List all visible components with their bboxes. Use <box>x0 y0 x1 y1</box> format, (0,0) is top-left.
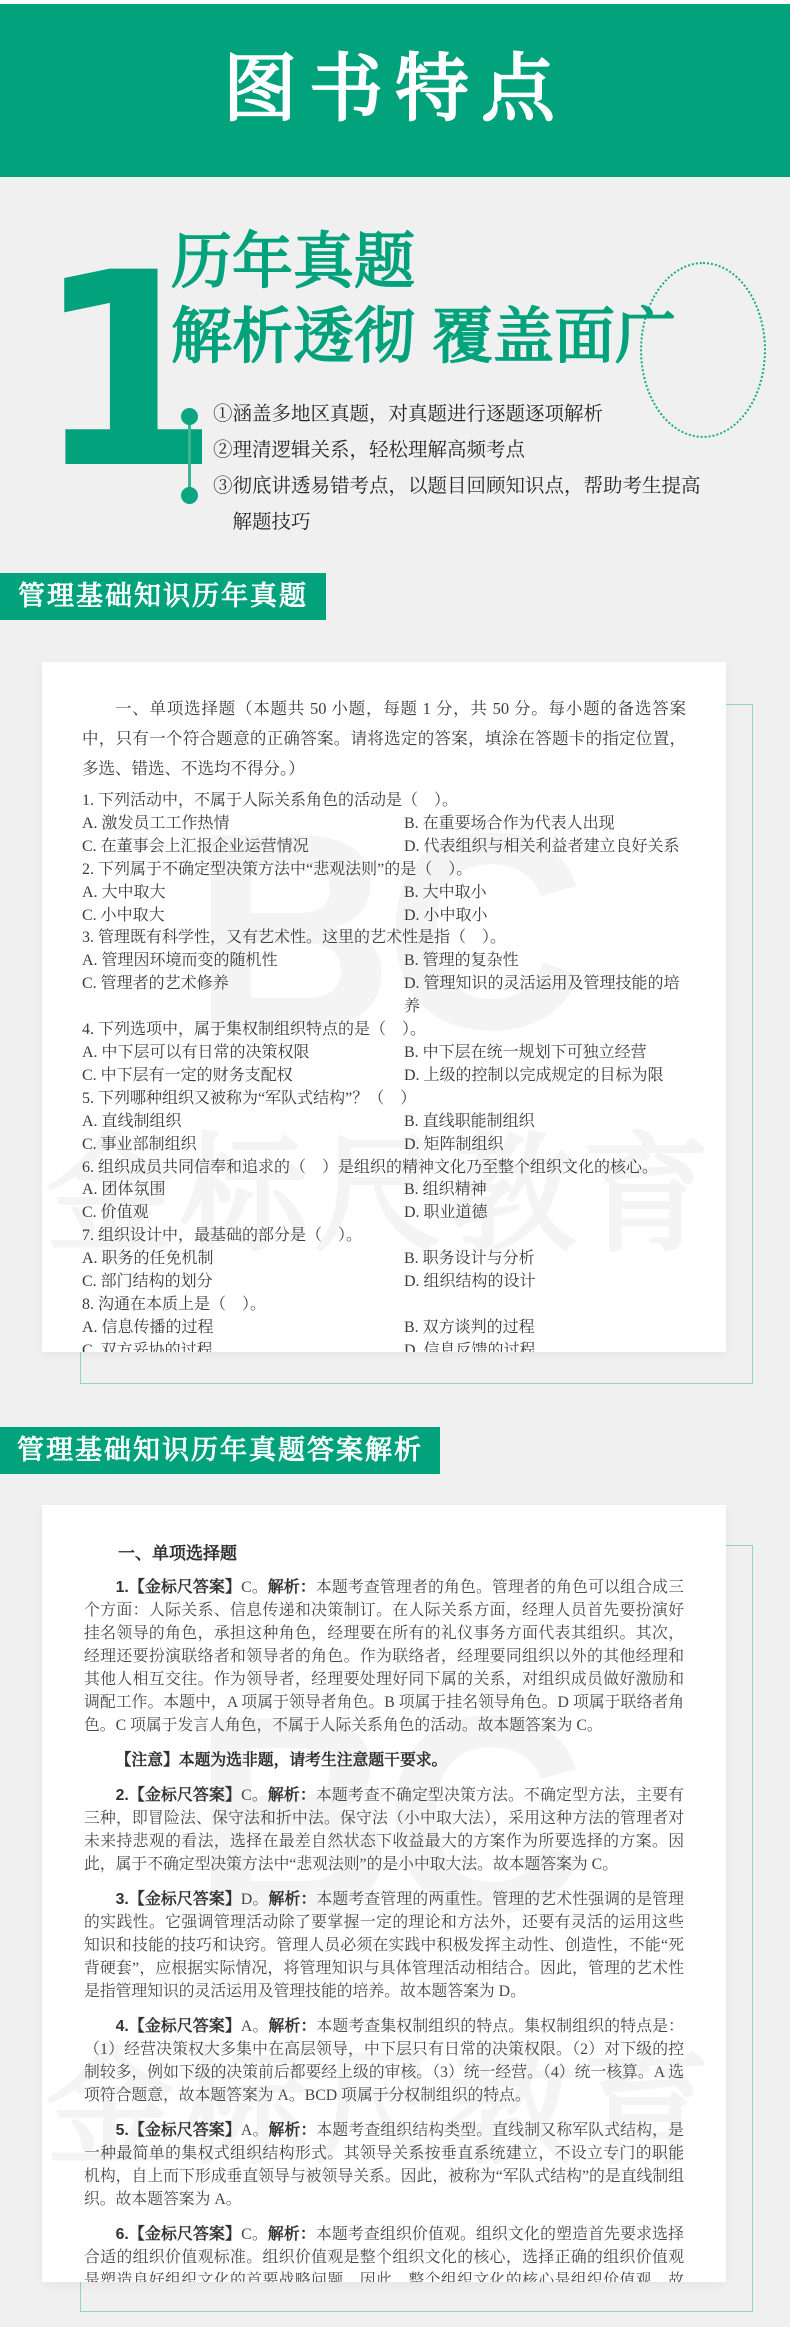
option-text: C. 事业部制组织 <box>82 1134 404 1157</box>
option-row: C. 价值观D. 职业道德 <box>82 1202 686 1225</box>
answer-list: 1.【金标尺答案】C。解析：本题考查管理者的角色。管理者的角色可以组合成三个方面… <box>84 1576 684 2282</box>
option-text: B. 在重要场合作为代表人出现 <box>404 813 686 836</box>
jiexi-label: 解析： <box>268 1579 316 1596</box>
option-text: C. 中下层有一定的财务支配权 <box>82 1065 404 1088</box>
answer-section-heading: 一、单项选择题 <box>84 1539 684 1564</box>
option-text: C. 在董事会上汇报企业运营情况 <box>82 836 404 859</box>
feature-headline-line1: 历年真题 <box>171 224 676 299</box>
option-text: B. 大中取小 <box>404 882 686 905</box>
option-text: A. 团体氛围 <box>82 1179 404 1202</box>
answer-paper-content: 一、单项选择题 1.【金标尺答案】C。解析：本题考查管理者的角色。管理者的角色可… <box>42 1505 726 2282</box>
option-row: C. 中下层有一定的财务支配权D. 上级的控制以完成规定的目标为限 <box>82 1065 686 1088</box>
option-text: C. 部门结构的划分 <box>82 1271 404 1294</box>
option-text: D. 组织结构的设计 <box>404 1271 686 1294</box>
promo-page: 图书特点 1 历年真题 解析透彻 覆盖面广 ①涵盖多地区真题，对真题进行逐题逐项… <box>0 0 790 2327</box>
answer-paragraph: 6.【金标尺答案】C。解析：本题考查组织价值观。组织文化的塑造首先要求选择合适的… <box>84 2223 684 2282</box>
option-text: A. 职务的任免机制 <box>82 1248 404 1271</box>
question-text: 3. 管理既有科学性，又有艺术性。这里的艺术性是指（ ）。 <box>82 927 686 950</box>
answer-paragraph: 4.【金标尺答案】A。解析：本题考查集权制组织的特点。集权制组织的特点是：（1）… <box>84 2015 684 2107</box>
jiexi-label: 解析： <box>268 2122 316 2139</box>
option-text: A. 大中取大 <box>82 882 404 905</box>
option-text: A. 管理因环境而变的随机性 <box>82 950 404 973</box>
answer-label: 4.【金标尺答案】 <box>116 2018 241 2035</box>
feature-bullet: ①涵盖多地区真题，对真题进行逐题逐项解析 <box>213 396 705 432</box>
jiexi-label: 解析： <box>268 1787 316 1804</box>
feature-headline-line2: 解析透彻 覆盖面广 <box>171 299 676 374</box>
option-text: B. 中下层在统一规划下可独立经营 <box>404 1042 686 1065</box>
option-row: C. 双方妥协的过程D. 信息反馈的过程 <box>82 1340 686 1352</box>
option-row: A. 中下层可以有日常的决策权限B. 中下层在统一规划下可独立经营 <box>82 1042 686 1065</box>
question-text: 4. 下列选项中，属于集权制组织特点的是（ ）。 <box>82 1019 686 1042</box>
option-text: B. 职务设计与分析 <box>404 1248 686 1271</box>
question-text: 6. 组织成员共同信奉和追求的（ ）是组织的精神文化乃至整个组织文化的核心。 <box>82 1157 686 1180</box>
question-text: 5. 下列哪种组织又被称为“军队式结构”？（ ） <box>82 1088 686 1111</box>
option-text: B. 管理的复杂性 <box>404 950 686 973</box>
option-row: C. 在董事会上汇报企业运营情况D. 代表组织与相关利益者建立良好关系 <box>82 836 686 859</box>
answer-label: 1.【金标尺答案】 <box>116 1579 241 1596</box>
option-row: C. 部门结构的划分D. 组织结构的设计 <box>82 1271 686 1294</box>
question-text: 2. 下列属于不确定型决策方法中“悲观法则”的是（ ）。 <box>82 859 686 882</box>
jiexi-label: 解析： <box>268 2018 316 2035</box>
answer-label: 2.【金标尺答案】 <box>116 1787 241 1804</box>
option-row: A. 职务的任免机制B. 职务设计与分析 <box>82 1248 686 1271</box>
option-row: A. 直线制组织B. 直线职能制组织 <box>82 1111 686 1134</box>
option-row: A. 激发员工工作热情B. 在重要场合作为代表人出现 <box>82 813 686 836</box>
answer-label: 3.【金标尺答案】 <box>116 1891 241 1908</box>
exam-paper-questions: BC 金标尺教育 一、单项选择题（本题共 50 小题，每题 1 分，共 50 分… <box>42 662 726 1352</box>
option-text: A. 激发员工工作热情 <box>82 813 404 836</box>
question-text: 1. 下列活动中，不属于人际关系角色的活动是（ ）。 <box>82 790 686 813</box>
option-text: B. 双方谈判的过程 <box>404 1317 686 1340</box>
option-row: C. 管理者的艺术修养D. 管理知识的灵活运用及管理技能的培养 <box>82 973 686 1019</box>
exam-paper-answers: BC 金标尺教育 一、单项选择题 1.【金标尺答案】C。解析：本题考查管理者的角… <box>42 1505 726 2282</box>
option-text: D. 上级的控制以完成规定的目标为限 <box>404 1065 686 1088</box>
question-text: 8. 沟通在本质上是（ ）。 <box>82 1294 686 1317</box>
option-text: C. 管理者的艺术修养 <box>82 973 404 1019</box>
note-paragraph: 【注意】本题为选非题，请考生注意题干要求。 <box>84 1749 684 1772</box>
bullet-dot-icon <box>181 408 198 425</box>
option-text: D. 小中取小 <box>404 905 686 928</box>
exam-intro: 一、单项选择题（本题共 50 小题，每题 1 分，共 50 分。每小题的备选答案… <box>82 694 686 784</box>
answer-label: 6.【金标尺答案】 <box>116 2226 241 2243</box>
option-text: B. 直线职能制组织 <box>404 1111 686 1134</box>
option-text: C. 小中取大 <box>82 905 404 928</box>
option-text: A. 直线制组织 <box>82 1111 404 1134</box>
section-banner-questions: 管理基础知识历年真题 <box>0 573 326 620</box>
option-row: C. 小中取大D. 小中取小 <box>82 905 686 928</box>
answer-paragraph: 2.【金标尺答案】C。解析：本题考查不确定型决策方法。不确定型方法，主要有三种，… <box>84 1784 684 1876</box>
feature-bullet: ②理清逻辑关系，轻松理解高频考点 <box>213 432 705 468</box>
answer-label: 5.【金标尺答案】 <box>116 2122 241 2139</box>
feature-bullets: ①涵盖多地区真题，对真题进行逐题逐项解析②理清逻辑关系，轻松理解高频考点③彻底讲… <box>213 396 705 540</box>
section-banner-answers: 管理基础知识历年真题答案解析 <box>0 1427 440 1474</box>
option-text: D. 管理知识的灵活运用及管理技能的培养 <box>404 973 686 1019</box>
option-row: C. 事业部制组织D. 矩阵制组织 <box>82 1134 686 1157</box>
option-row: A. 管理因环境而变的随机性B. 管理的复杂性 <box>82 950 686 973</box>
option-row: A. 团体氛围B. 组织精神 <box>82 1179 686 1202</box>
option-text: D. 代表组织与相关利益者建立良好关系 <box>404 836 686 859</box>
option-text: D. 职业道德 <box>404 1202 686 1225</box>
question-list: 1. 下列活动中，不属于人际关系角色的活动是（ ）。A. 激发员工工作热情B. … <box>82 790 686 1352</box>
option-row: A. 大中取大B. 大中取小 <box>82 882 686 905</box>
option-text: C. 价值观 <box>82 1202 404 1225</box>
answer-paragraph: 5.【金标尺答案】A。解析：本题考查组织结构类型。直线制又称军队式结构，是一种最… <box>84 2119 684 2211</box>
option-row: A. 信息传播的过程B. 双方谈判的过程 <box>82 1317 686 1340</box>
option-text: D. 矩阵制组织 <box>404 1134 686 1157</box>
option-text: B. 组织精神 <box>404 1179 686 1202</box>
timeline-line <box>188 420 191 494</box>
question-text: 7. 组织设计中，最基础的部分是（ ）。 <box>82 1225 686 1248</box>
bullet-dot-icon <box>181 487 198 504</box>
option-text: A. 中下层可以有日常的决策权限 <box>82 1042 404 1065</box>
page-title: 图书特点 <box>0 4 790 174</box>
jiexi-label: 解析： <box>268 1891 316 1908</box>
answer-paragraph: 3.【金标尺答案】D。解析：本题考查管理的两重性。管理的艺术性强调的是管理的实践… <box>84 1888 684 2003</box>
option-text: D. 信息反馈的过程 <box>404 1340 686 1352</box>
page-header: 图书特点 <box>0 4 790 177</box>
option-text: C. 双方妥协的过程 <box>82 1340 404 1352</box>
jiexi-label: 解析： <box>268 2226 316 2243</box>
feature-headline: 历年真题 解析透彻 覆盖面广 <box>171 224 676 374</box>
feature-bullet: ③彻底讲透易错考点，以题目回顾知识点，帮助考生提高解题技巧 <box>213 468 705 540</box>
option-text: A. 信息传播的过程 <box>82 1317 404 1340</box>
answer-paragraph: 1.【金标尺答案】C。解析：本题考查管理者的角色。管理者的角色可以组合成三个方面… <box>84 1576 684 1737</box>
exam-paper-content: 一、单项选择题（本题共 50 小题，每题 1 分，共 50 分。每小题的备选答案… <box>42 662 726 1352</box>
